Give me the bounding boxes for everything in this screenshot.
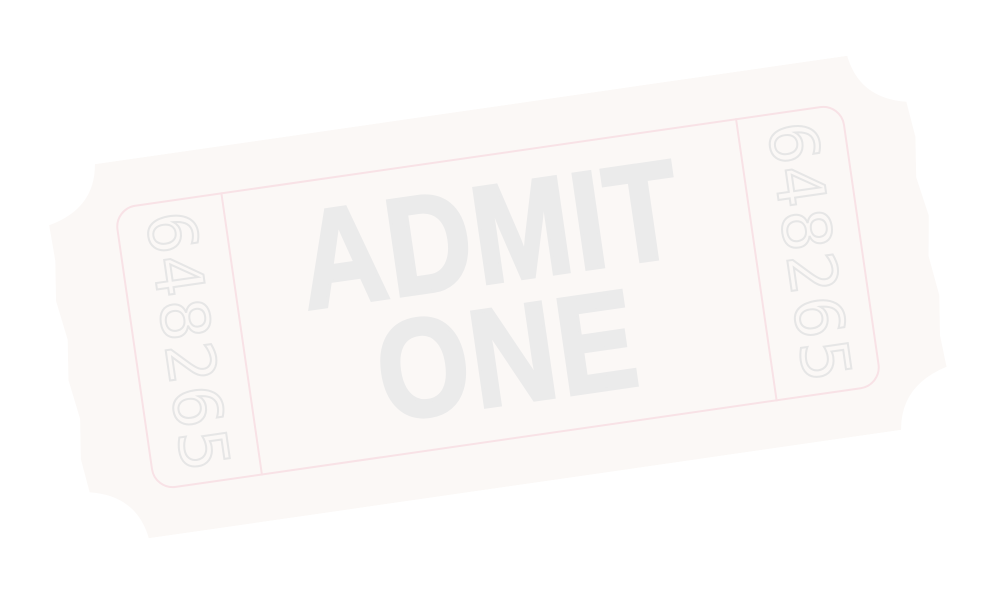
left-serial-number: 648265 xyxy=(130,206,244,478)
right-serial-number: 648265 xyxy=(752,116,866,388)
admit-one-ticket: 648265 ADMIT ONE 648265 xyxy=(36,47,961,547)
canvas: 648265 ADMIT ONE 648265 xyxy=(0,0,1000,590)
headline-one: ONE xyxy=(369,278,646,437)
